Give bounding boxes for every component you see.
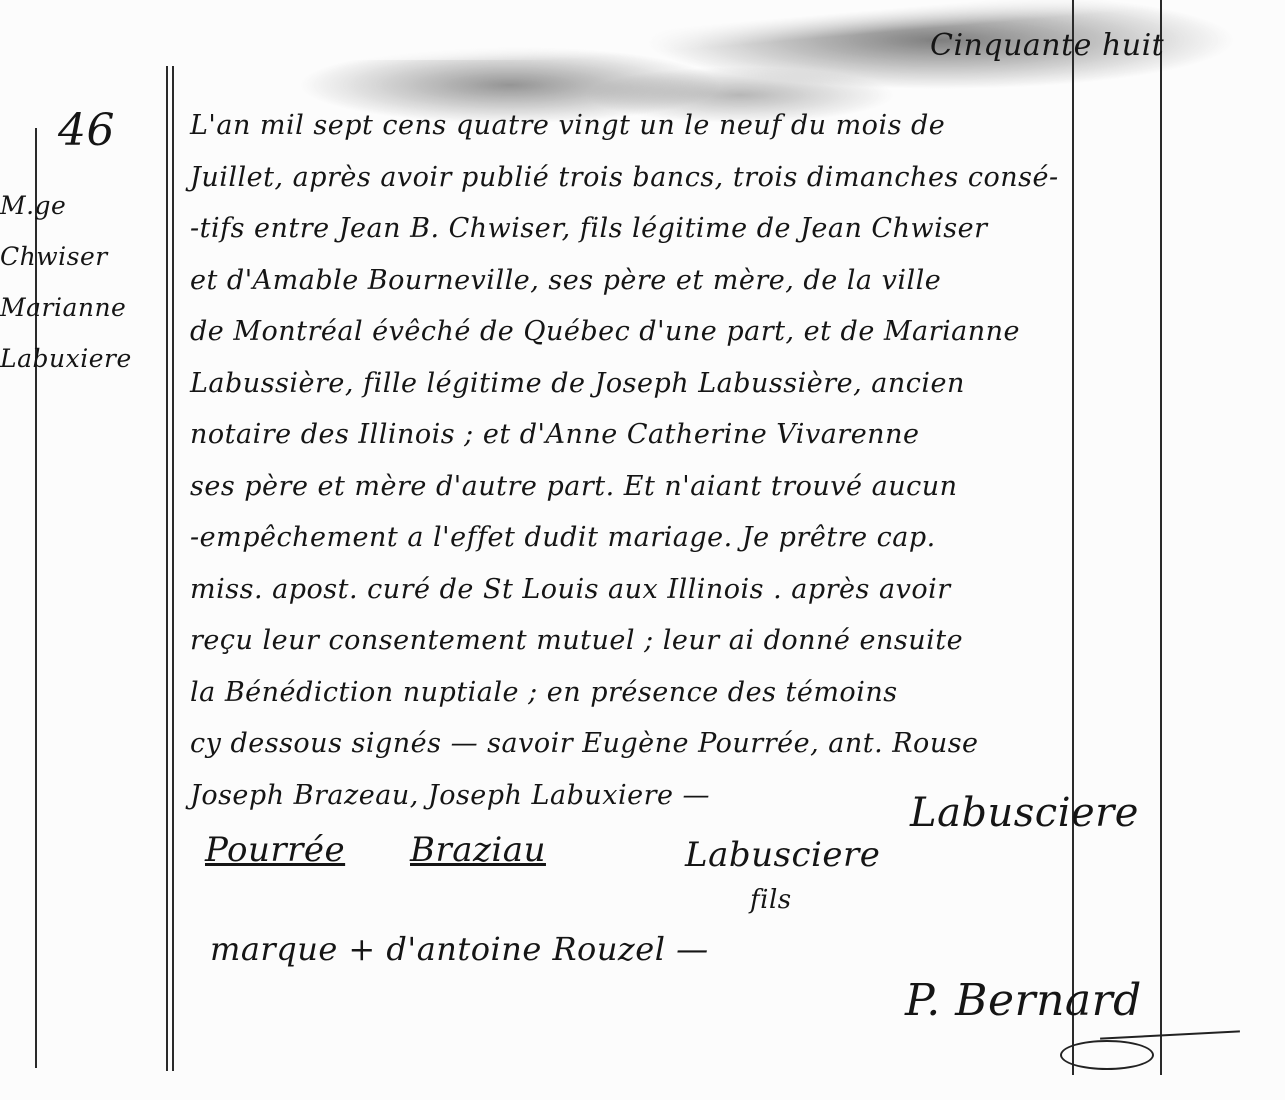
record-line: ses père et mère d'autre part. Et n'aian… <box>190 461 1250 513</box>
margin-note-line: Chwiser <box>0 231 175 282</box>
signature-flourish-line <box>1100 1030 1240 1039</box>
signature-priest-bernard: P. Bernard <box>905 975 1142 1026</box>
signature-brazeau: Braziau <box>410 830 546 870</box>
record-line: notaire des Illinois ; et d'Anne Catheri… <box>190 409 1250 461</box>
margin-note-line: Marianne <box>0 282 175 333</box>
signature-mark-rouzel: marque + d'antoine Rouzel — <box>210 930 709 968</box>
margin-note-line: Labuxiere <box>0 333 175 384</box>
record-line: de Montréal évêché de Québec d'une part,… <box>190 306 1250 358</box>
margin-note: M.ge Chwiser Marianne Labuxiere <box>0 180 175 384</box>
signature-labusciere: Labusciere <box>910 790 1139 836</box>
record-line: Juillet, après avoir publié trois bancs,… <box>190 152 1250 204</box>
signature-labusciere-second: Labusciere <box>685 835 880 875</box>
record-line: L'an mil sept cens quatre vingt un le ne… <box>190 100 1250 152</box>
record-line: et d'Amable Bourneville, ses père et mèr… <box>190 255 1250 307</box>
record-body: L'an mil sept cens quatre vingt un le ne… <box>190 100 1250 821</box>
signature-pourree: Pourrée <box>205 830 345 870</box>
record-line: reçu leur consentement mutuel ; leur ai … <box>190 615 1250 667</box>
signature-fils-annotation: fils <box>750 885 792 915</box>
signature-flourish-icon <box>1060 1040 1154 1070</box>
record-line: -tifs entre Jean B. Chwiser, fils légiti… <box>190 203 1250 255</box>
record-line: Labussière, fille légitime de Joseph Lab… <box>190 358 1250 410</box>
record-line: miss. apost. curé de St Louis aux Illino… <box>190 564 1250 616</box>
record-line: cy dessous signés — savoir Eugène Pourré… <box>190 718 1250 770</box>
page-heading: Cinquante huit <box>930 28 1164 63</box>
margin-note-line: M.ge <box>0 180 175 231</box>
entry-number: 46 <box>58 105 115 156</box>
record-line: la Bénédiction nuptiale ; en présence de… <box>190 667 1250 719</box>
register-page: Cinquante huit 46 M.ge Chwiser Marianne … <box>0 0 1285 1100</box>
record-line: -empêchement a l'effet dudit mariage. Je… <box>190 512 1250 564</box>
